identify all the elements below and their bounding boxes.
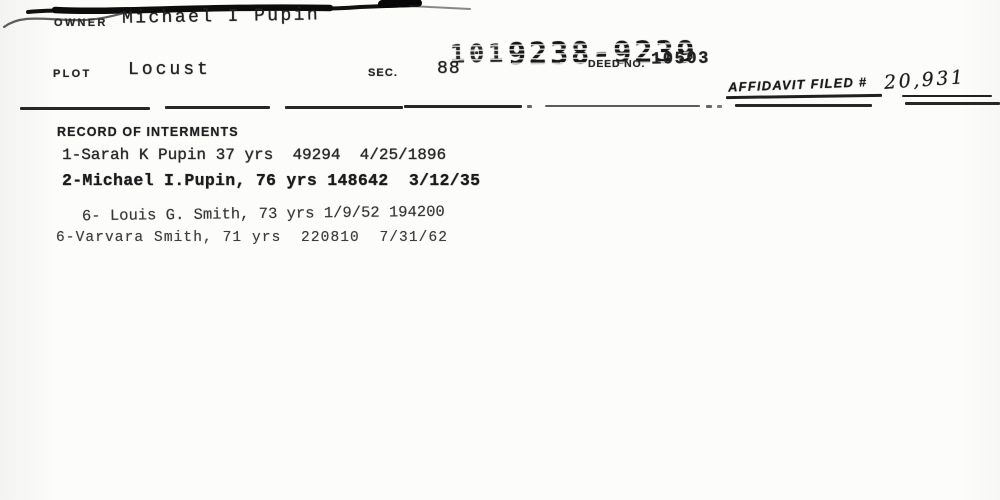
divider-segment	[20, 107, 150, 110]
divider-segment	[545, 105, 700, 107]
divider-segment	[165, 106, 270, 109]
torn-edge-dash	[382, 3, 418, 4]
interment-record-card: OWNER Michael I Pupin 101 9238-9239 PLOT…	[0, 0, 1000, 500]
divider-segment	[905, 102, 1000, 105]
divider-segment	[735, 104, 872, 107]
divider-segment	[285, 106, 403, 109]
interments-heading: RECORD OF INTERMENTS	[57, 125, 239, 139]
deed-value: 10503	[651, 49, 710, 69]
owner-label: OWNER	[54, 17, 108, 29]
section-value: 88	[437, 59, 461, 79]
scanned-page: OWNER Michael I Pupin 101 9238-9239 PLOT…	[0, 0, 1000, 500]
affidavit-value-underline	[902, 95, 992, 97]
interment-entry: 1-Sarah K Pupin 37 yrs 49294 4/25/1896	[62, 146, 446, 164]
divider-segment	[527, 105, 532, 108]
deed-label: DEED NO.	[588, 58, 645, 70]
divider-segment	[706, 105, 712, 108]
interment-entry: 6-Varvara Smith, 71 yrs 220810 7/31/62	[56, 230, 448, 246]
divider-segment	[717, 105, 722, 108]
section-label: SEC.	[368, 67, 398, 79]
plot-value: Locust	[128, 60, 211, 80]
torn-edge-tail	[410, 6, 470, 9]
plot-label: PLOT	[53, 68, 92, 80]
interment-entry: 2-Michael I.Pupin, 76 yrs 148642 3/12/35	[62, 171, 480, 190]
owner-value: Michael I Pupin	[122, 5, 320, 28]
interment-entry: 6- Louis G. Smith, 73 yrs 1/9/52 194200	[82, 203, 445, 225]
divider-segment	[404, 105, 522, 108]
